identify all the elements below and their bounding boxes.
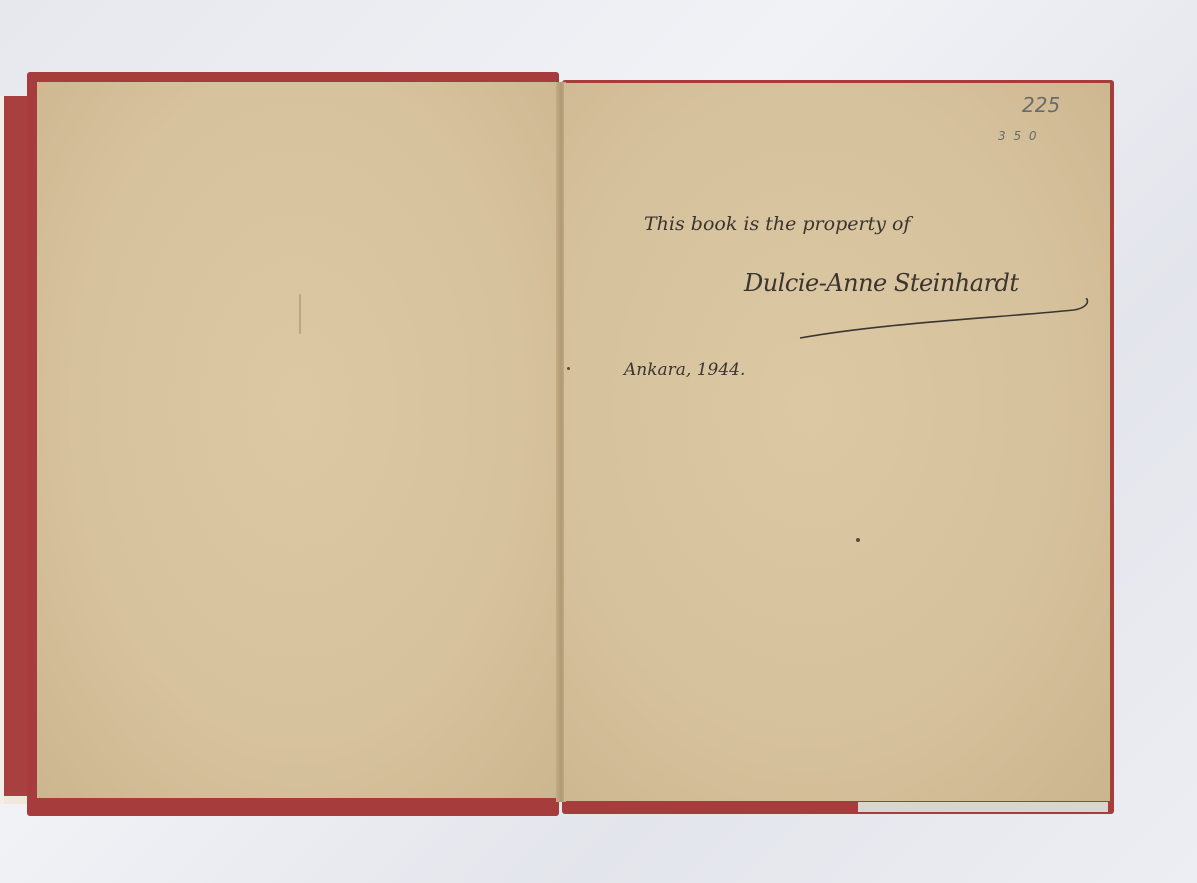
- ink-speck: [567, 367, 570, 370]
- inscription-line1: This book is the property of: [644, 213, 910, 235]
- inscription-signature: Dulcie-Anne Steinhardt: [744, 269, 1019, 297]
- right-endpaper: 225 3 5 0 This book is the property of D…: [564, 83, 1110, 801]
- left-endpaper: [37, 82, 559, 798]
- inscription-place-date: Ankara, 1944.: [624, 360, 745, 380]
- pencil-code: 3 5 0: [998, 129, 1039, 143]
- signature-flourish: [794, 298, 1094, 343]
- ink-speck: [856, 538, 860, 542]
- page-crease: [299, 294, 301, 334]
- page-block-edge: [858, 802, 1108, 812]
- pencil-price: 225: [1022, 93, 1060, 117]
